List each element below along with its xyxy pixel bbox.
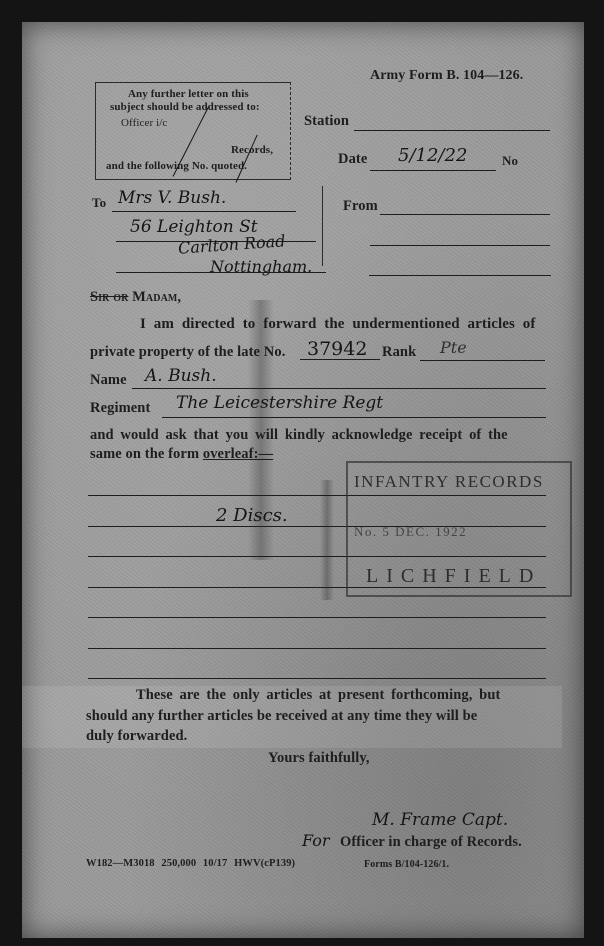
- rank-value: Pte: [440, 338, 467, 357]
- stamp-line-2: No. 5 DEC. 1922: [354, 524, 467, 540]
- from-label: From: [343, 198, 378, 215]
- signature-for: For: [302, 831, 330, 850]
- stamp-line-3: LICHFIELD: [366, 565, 541, 588]
- stamp-line-1: INFANTRY RECORDS: [354, 472, 544, 492]
- station-field: [354, 130, 550, 131]
- rank-field: [420, 360, 545, 361]
- regiment-field: [162, 417, 546, 418]
- from-field-line: [370, 245, 550, 246]
- name-label: Name: [90, 372, 127, 389]
- signature: M. Frame Capt.: [372, 810, 508, 830]
- to-field-line: [112, 211, 296, 212]
- article-item: 2 Discs.: [216, 505, 288, 526]
- print-code: W182—M3018 250,000 10/17 HWV(cP139): [86, 858, 295, 869]
- form-number: Army Form B. 104—126.: [370, 68, 523, 84]
- rank-label: Rank: [382, 344, 416, 361]
- date-field: [370, 170, 496, 171]
- body-line-1: I am directed to forward the undermentio…: [140, 316, 536, 333]
- to-label: To: [92, 195, 106, 211]
- article-line: [88, 648, 546, 649]
- date-value: 5/12/22: [398, 145, 467, 166]
- ack-line-1: and would ask that you will kindly ackno…: [90, 427, 508, 444]
- to-address-line-1: Mrs V. Bush.: [118, 188, 226, 208]
- valediction: Yours faithfully,: [268, 750, 370, 767]
- salutation: Sir or Madam,: [90, 289, 181, 306]
- notice-line-1: Any further letter on this: [128, 88, 249, 100]
- service-number: 37942: [307, 338, 367, 360]
- station-label: Station: [304, 113, 349, 130]
- number-field: [300, 359, 380, 360]
- notice-line-2: subject should be addressed to:: [110, 101, 260, 113]
- to-address-line-4: Nottingham.: [210, 257, 312, 276]
- from-field-line: [369, 275, 551, 276]
- no-label: No: [502, 153, 518, 169]
- date-label: Date: [338, 151, 367, 168]
- to-field-line: [116, 272, 326, 273]
- forms-code: Forms B/104-126/1.: [364, 859, 449, 870]
- ack-line-2-text: same on the form: [90, 446, 199, 462]
- ack-line-2: same on the form overleaf:—: [90, 446, 273, 463]
- article-line: [88, 617, 546, 618]
- overleaf-text: overleaf:—: [203, 446, 273, 462]
- closing-line-3: duly forwarded.: [86, 728, 187, 745]
- article-line: [88, 678, 546, 679]
- salutation-struck: Sir or: [90, 289, 128, 305]
- signatory-title: Officer in charge of Records.: [340, 834, 522, 851]
- name-value: A. Bush.: [145, 366, 217, 386]
- closing-line-2: should any further articles be received …: [86, 708, 477, 725]
- divider: [322, 186, 323, 266]
- regiment-value: The Leicestershire Regt: [176, 393, 383, 413]
- notice-line-3: Officer i/c: [121, 117, 167, 129]
- from-field-line: [380, 214, 550, 215]
- salutation-text: Madam,: [132, 289, 181, 305]
- name-field: [132, 388, 546, 389]
- closing-line-1: These are the only articles at present f…: [136, 687, 500, 704]
- regiment-label: Regiment: [90, 400, 150, 417]
- paper-shadow: [320, 480, 334, 600]
- body-line-2: private property of the late No.: [90, 344, 285, 361]
